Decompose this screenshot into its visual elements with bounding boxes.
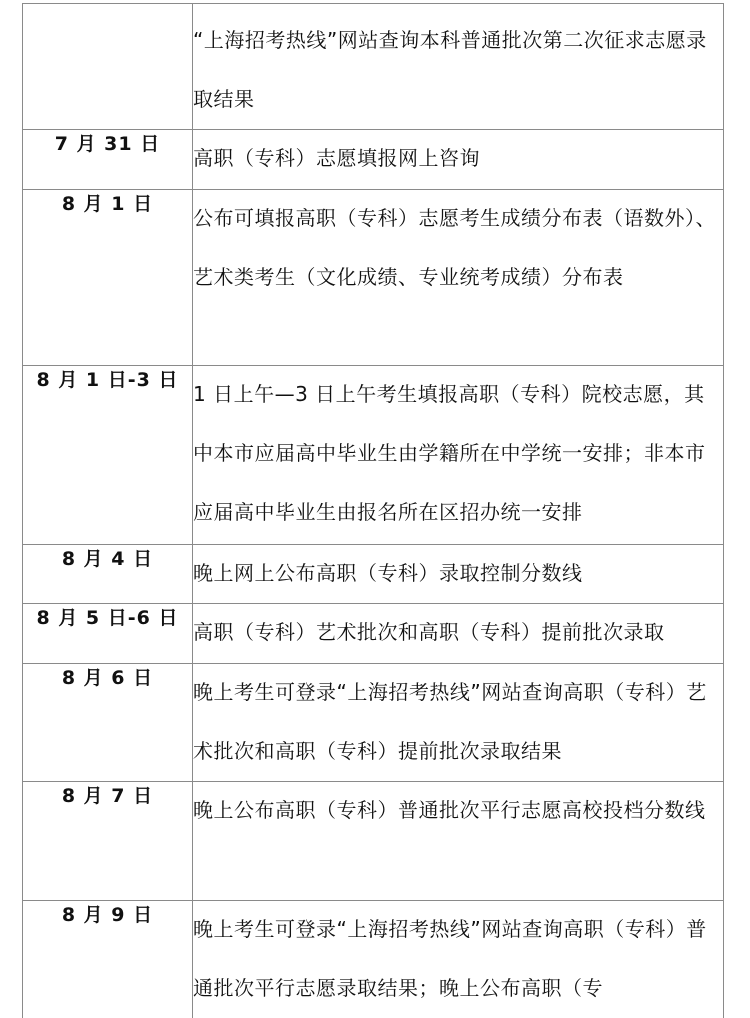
description-cell: “上海招考热线”网站查询本科普通批次第二次征求志愿录取结果	[193, 4, 724, 130]
date-cell: 8 月 9 日	[23, 901, 193, 1018]
description-cell: 公布可填报高职（专科）志愿考生成绩分布表（语数外）、艺术类考生（文化成绩、专业统…	[193, 190, 724, 366]
description-text: “上海招考热线”网站查询本科普通批次第二次征求志愿录取结果	[193, 11, 723, 129]
description-text: 晚上考生可登录“上海招考热线”网站查询高职（专科）艺术批次和高职（专科）提前批次…	[193, 663, 723, 781]
table-row: 8 月 1 日-3 日 1 日上午—3 日上午考生填报高职（专科）院校志愿，其中…	[23, 366, 724, 545]
admission-schedule-table: “上海招考热线”网站查询本科普通批次第二次征求志愿录取结果 7 月 31 日 高…	[22, 3, 724, 1018]
description-cell: 晚上公布高职（专科）普通批次平行志愿高校投档分数线	[193, 782, 724, 901]
date-cell	[23, 4, 193, 130]
description-text: 高职（专科）艺术批次和高职（专科）提前批次录取	[193, 603, 723, 662]
date-cell: 8 月 1 日-3 日	[23, 366, 193, 545]
table-row: 8 月 4 日 晚上网上公布高职（专科）录取控制分数线	[23, 545, 724, 604]
description-text: 1 日上午—3 日上午考生填报高职（专科）院校志愿，其中本市应届高中毕业生由学籍…	[193, 365, 723, 542]
date-cell: 8 月 4 日	[23, 545, 193, 604]
table-row: 8 月 6 日 晚上考生可登录“上海招考热线”网站查询高职（专科）艺术批次和高职…	[23, 664, 724, 782]
description-cell: 高职（专科）艺术批次和高职（专科）提前批次录取	[193, 604, 724, 664]
table-row: 8 月 5 日-6 日 高职（专科）艺术批次和高职（专科）提前批次录取	[23, 604, 724, 664]
table-row: 7 月 31 日 高职（专科）志愿填报网上咨询	[23, 130, 724, 190]
table-row: “上海招考热线”网站查询本科普通批次第二次征求志愿录取结果	[23, 4, 724, 130]
description-text: 高职（专科）志愿填报网上咨询	[193, 129, 723, 188]
description-text: 晚上公布高职（专科）普通批次平行志愿高校投档分数线	[193, 781, 723, 840]
description-text: 晚上网上公布高职（专科）录取控制分数线	[193, 544, 723, 603]
date-cell: 8 月 6 日	[23, 664, 193, 782]
table-row: 8 月 1 日 公布可填报高职（专科）志愿考生成绩分布表（语数外）、艺术类考生（…	[23, 190, 724, 366]
date-cell: 8 月 5 日-6 日	[23, 604, 193, 664]
description-text: 晚上考生可登录“上海招考热线”网站查询高职（专科）普通批次平行志愿录取结果；晚上…	[193, 900, 723, 1018]
description-text: 公布可填报高职（专科）志愿考生成绩分布表（语数外）、艺术类考生（文化成绩、专业统…	[193, 189, 723, 307]
table-row: 8 月 9 日 晚上考生可登录“上海招考热线”网站查询高职（专科）普通批次平行志…	[23, 901, 724, 1018]
description-cell: 高职（专科）志愿填报网上咨询	[193, 130, 724, 190]
description-cell: 1 日上午—3 日上午考生填报高职（专科）院校志愿，其中本市应届高中毕业生由学籍…	[193, 366, 724, 545]
description-cell: 晚上考生可登录“上海招考热线”网站查询高职（专科）普通批次平行志愿录取结果；晚上…	[193, 901, 724, 1018]
description-cell: 晚上考生可登录“上海招考热线”网站查询高职（专科）艺术批次和高职（专科）提前批次…	[193, 664, 724, 782]
date-cell: 7 月 31 日	[23, 130, 193, 190]
table-row: 8 月 7 日 晚上公布高职（专科）普通批次平行志愿高校投档分数线	[23, 782, 724, 901]
description-cell: 晚上网上公布高职（专科）录取控制分数线	[193, 545, 724, 604]
date-cell: 8 月 7 日	[23, 782, 193, 901]
date-cell: 8 月 1 日	[23, 190, 193, 366]
